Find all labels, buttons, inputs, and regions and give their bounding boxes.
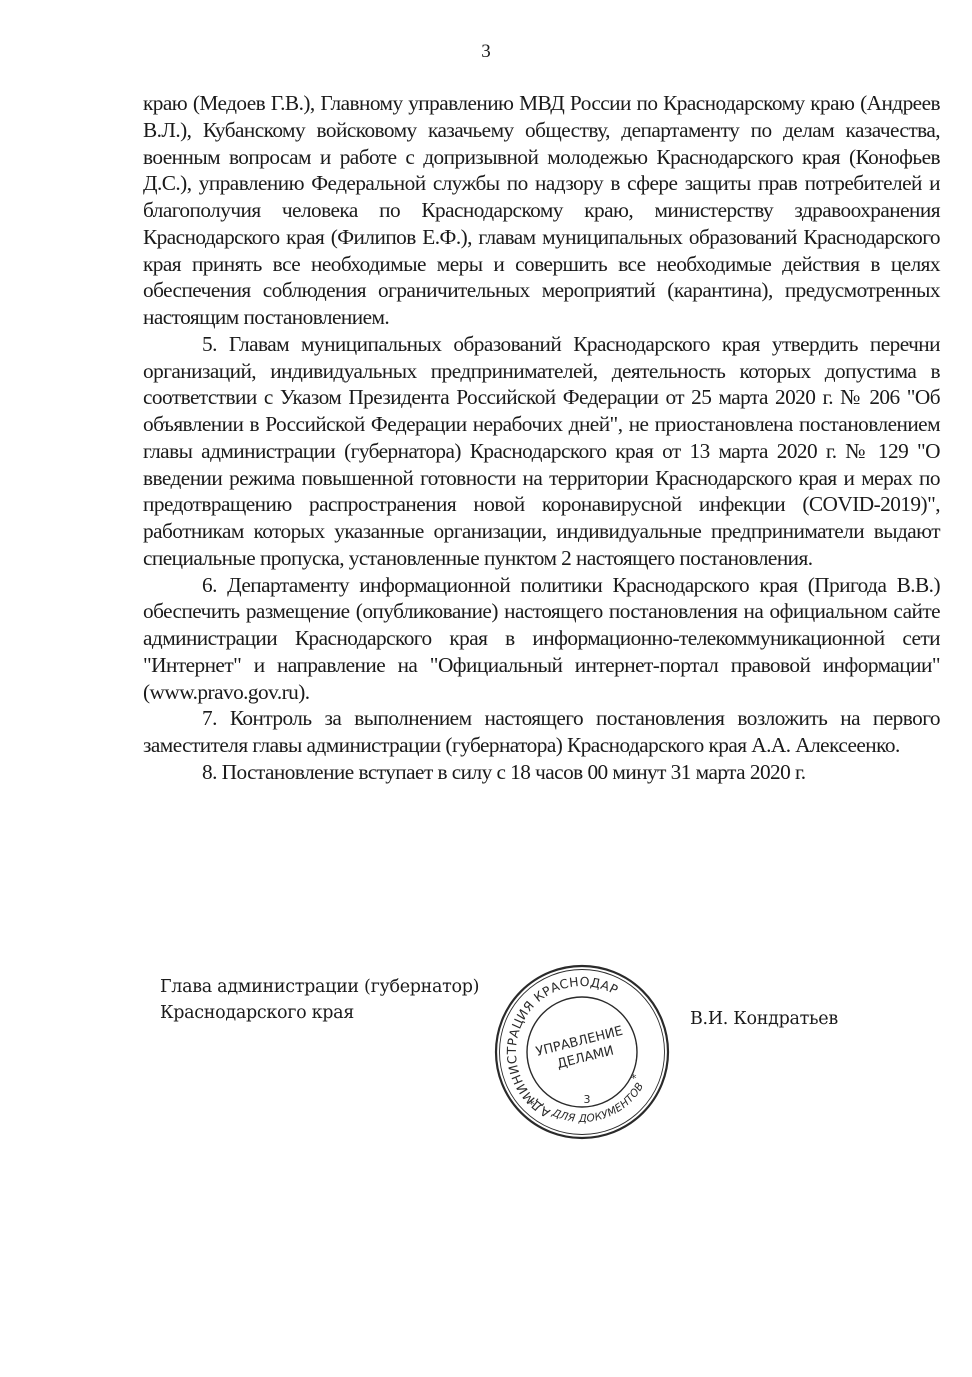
official-stamp: АДМИНИСТРАЦИЯ КРАСНОДАРСКОГО КРАЯ ДЛЯ ДО… (492, 962, 672, 1142)
stamp-outer-text-bottom: ДЛЯ ДОКУМЕНТОВ (547, 1077, 653, 1137)
signatory-title-line1: Глава администрации (губернатор) (160, 974, 479, 1000)
stamp-star-right: * (631, 1072, 637, 1085)
signatory-name: В.И. Кондратьев (690, 1006, 838, 1032)
stamp-star-left: * (529, 1098, 535, 1111)
paragraph-4-continued: краю (Медоев Г.В.), Главному управлению … (143, 90, 940, 331)
paragraph-8: 8. Постановление вступает в силу с 18 ча… (143, 759, 940, 786)
paragraph-6: 6. Департаменту информационной политики … (143, 572, 940, 706)
stamp-number: 3 (584, 1093, 591, 1106)
stamp-seal-icon: АДМИНИСТРАЦИЯ КРАСНОДАРСКОГО КРАЯ ДЛЯ ДО… (492, 962, 672, 1142)
svg-text:ДЛЯ ДОКУМЕНТОВ: ДЛЯ ДОКУМЕНТОВ (547, 1077, 653, 1137)
document-body: краю (Медоев Г.В.), Главному управлению … (143, 90, 940, 786)
paragraph-7: 7. Контроль за выполнением настоящего по… (143, 705, 940, 759)
signatory-title: Глава администрации (губернатор) Краснод… (160, 974, 479, 1026)
paragraph-5: 5. Главам муниципальных образований Крас… (143, 331, 940, 572)
page-number: 3 (0, 40, 972, 64)
signatory-title-line2: Краснодарского края (160, 1000, 479, 1026)
